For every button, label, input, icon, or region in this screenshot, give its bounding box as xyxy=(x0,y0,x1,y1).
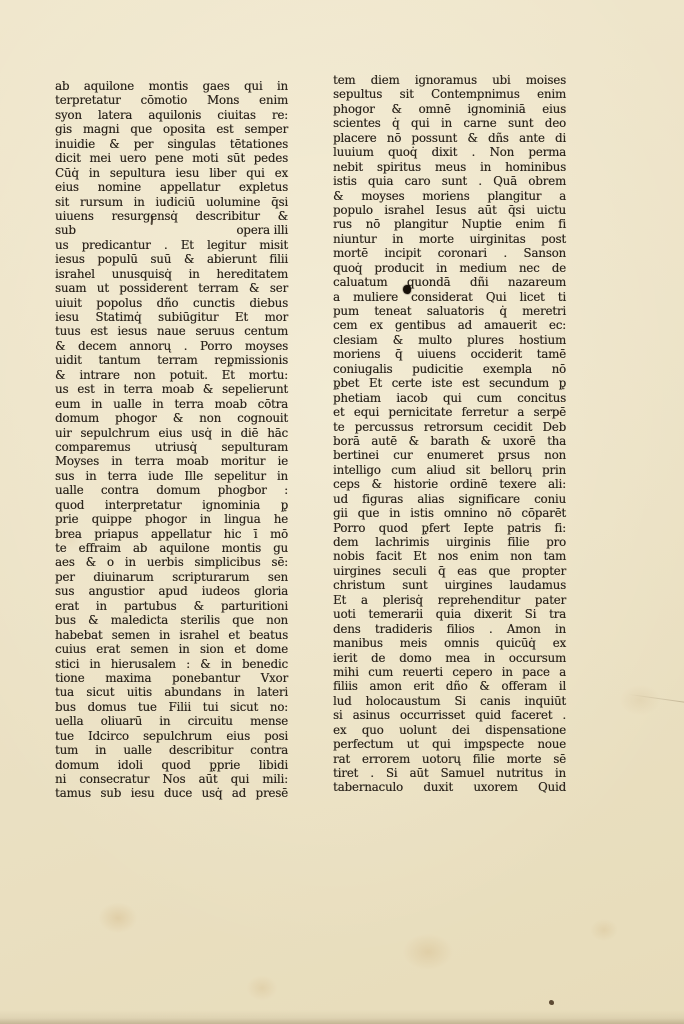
text-line: us predicantur . Et legitur misit xyxy=(55,238,288,252)
text-line: domum idoli quod p̨prie libidi xyxy=(55,758,288,772)
text-line: Et a plerisq̇ reprehenditur pater xyxy=(333,593,566,607)
text-line: ceps & historie ordinē texere ali: xyxy=(333,477,566,491)
text-line: prie quippe phogor in lingua he xyxy=(55,512,288,526)
text-line: uidit tantum terram rep̨missionis xyxy=(55,353,288,367)
text-line: et equi pernicitate ferretur a serpē xyxy=(333,405,566,419)
text-line: te percussus retrorsum cecidit Deb xyxy=(333,420,566,434)
text-line: tum in ualle describitur contra xyxy=(55,743,288,757)
text-line: uoti temerarii quia dixerit Si tra xyxy=(333,607,566,621)
text-line: tue Idcirco sepulchrum eius posi xyxy=(55,729,288,743)
text-line: tuus est iesus naue seruus centum xyxy=(55,324,288,338)
text-line: subopera illi xyxy=(55,223,288,237)
text-line: us est in terra moab & sepelierunt xyxy=(55,382,288,396)
text-line: comparemus utriusq̇ sepulturam xyxy=(55,440,288,454)
text-line: tem diem ignoramus ubi moises xyxy=(333,73,566,87)
text-line: stici in hierusalem : & in benedic xyxy=(55,657,288,671)
text-line: te effraim ab aquilone montis gu xyxy=(55,541,288,555)
text-line: christum sunt uirgines laudamus xyxy=(333,578,566,592)
text-line: istis quia caro sunt . Quā obrem xyxy=(333,174,566,188)
text-line: & intrare non potuit. Et mortu: xyxy=(55,368,288,382)
text-line: tua sicut uitis abundans in lateri xyxy=(55,685,288,699)
text-line: pum teneat saluatoris q̇ meretri xyxy=(333,304,566,318)
text-line: dens tradideris filios . Amon in xyxy=(333,622,566,636)
text-line: bus domus tue Filii tui sicut no: xyxy=(55,700,288,714)
text-line: cuius erat semen in sion et dome xyxy=(55,642,288,656)
text-line: lud holocaustum Si canis inquiūt xyxy=(333,694,566,708)
text-line: intelligo cum aliud sit bellorų prin xyxy=(333,463,566,477)
faded-text-gap xyxy=(76,223,237,237)
text-line: coniugalis pudicitie exempla nō xyxy=(333,362,566,376)
text-line: tamus sub iesu duce usq̇ ad presē xyxy=(55,786,288,800)
text-line: & moyses moriens plangitur a xyxy=(333,189,566,203)
text-line: perfectum ut qui imp̨specte noue xyxy=(333,737,566,751)
text-column-right: tem diem ignoramus ubi moisessepultus si… xyxy=(333,73,566,795)
paper-speck xyxy=(549,1000,554,1005)
text-line: sepultus sit Contempnimus enim xyxy=(333,87,566,101)
text-line: ab aquilone montis gaes qui in xyxy=(55,79,288,93)
text-line: p̨bet Et certe iste est secundum p̨ xyxy=(333,376,566,390)
text-line: clesiam & multo plures hostium xyxy=(333,333,566,347)
text-line: uiuens resurgensq̇ describitur & xyxy=(55,209,288,223)
text-line: ierit de domo mea in occursum xyxy=(333,651,566,665)
text-line: ni consecratur Nos aūt qui mili: xyxy=(55,772,288,786)
text-line: dicit mei uero pene moti sūt pedes xyxy=(55,151,288,165)
text-line: nebit spiritus meus in hominibus xyxy=(333,160,566,174)
text-line: Cūq̇ in sepultura iesu liber qui ex xyxy=(55,166,288,180)
book-page: ab aquilone montis gaes qui interpretatu… xyxy=(0,0,684,1024)
text-line: bertinei cur enumeret p̨rsus non xyxy=(333,448,566,462)
text-line: uiuit popolus dño cunctis diebus xyxy=(55,296,288,310)
text-line: cem ex gentibus ad amauerit ec: xyxy=(333,318,566,332)
text-line: brea priapus appellatur hic ī mō xyxy=(55,527,288,541)
text-line: mortē incipit coronari . Sanson xyxy=(333,246,566,260)
text-line: eius nomine appellatur expletus xyxy=(55,180,288,194)
text-line: borā autē & barath & uxorē tha xyxy=(333,434,566,448)
text-line: a muliere considerat Qui licet ti xyxy=(333,290,566,304)
text-line: aes & o in uerbis simplicibus sē: xyxy=(55,555,288,569)
text-line: ud figuras alias significare coniu xyxy=(333,492,566,506)
text-line: sus in terra iude Ille sepelitur in xyxy=(55,469,288,483)
text-line: Porro quod p̨fert Iepte patris fi: xyxy=(333,521,566,535)
text-line: gii que in istis omnino nō cōparēt xyxy=(333,506,566,520)
text-line: quoq̇ producit in medium nec de xyxy=(333,261,566,275)
text-line: terpretatur cōmotio Mons enim xyxy=(55,93,288,107)
text-line: habebat semen in israhel et beatus xyxy=(55,628,288,642)
text-line: niuntur in morte uirginitas post xyxy=(333,232,566,246)
text-line: phogor & omnē ignominiā eius xyxy=(333,102,566,116)
text-line: ualle contra domum phogbor : xyxy=(55,483,288,497)
text-line: tiret . Si aūt Samuel nutritus in xyxy=(333,766,566,780)
text-line: tione maxima ponebantur Vxor xyxy=(55,671,288,685)
text-line: rus nō plangitur Nuptie enim fi xyxy=(333,217,566,231)
text-line: manibus meis omnis quicūq̇ ex xyxy=(333,636,566,650)
text-column-left: ab aquilone montis gaes qui interpretatu… xyxy=(55,79,288,801)
text-line: sus angustior apud iudeos gloria xyxy=(55,584,288,598)
text-line: uella oliuarū in circuitu mense xyxy=(55,714,288,728)
text-line: syon latera aquilonis ciuitas re: xyxy=(55,108,288,122)
text-line: populo israhel Iesus aūt q̄si uictu xyxy=(333,203,566,217)
text-line: & decem annorų . Porro moyses xyxy=(55,339,288,353)
text-line: dem lachrimis uirginis filie pro xyxy=(333,535,566,549)
text-line: ex quo uolunt dei dispensatione xyxy=(333,723,566,737)
text-line: per diuinarum scripturarum sen xyxy=(55,570,288,584)
text-line: scientes q̇ qui in carne sunt deo xyxy=(333,116,566,130)
text-line: iesus populū suū & abierunt filii xyxy=(55,252,288,266)
text-line: gis magni que oposita est semper xyxy=(55,122,288,136)
text-line: uir sepulchrum eius usq̇ in diē hāc xyxy=(55,426,288,440)
text-line: bus & maledicta sterilis que non xyxy=(55,613,288,627)
ink-blot xyxy=(403,285,411,294)
text-line: rat errorem uotorų filie morte sē xyxy=(333,752,566,766)
text-line: caluatum quondā dñi nazareum xyxy=(333,275,566,289)
text-line: nobis facit Et nos enim non tam xyxy=(333,549,566,563)
text-line: Moyses in terra moab moritur ie xyxy=(55,454,288,468)
text-line: sit rursum in iudiciū uolumine q̄si xyxy=(55,195,288,209)
text-line: quod interpretatur ignominia p̨ xyxy=(55,498,288,512)
text-line: uirgines seculi q̄ eas que propter xyxy=(333,564,566,578)
text-line: inuidie & per singulas tētationes xyxy=(55,137,288,151)
text-line: iesu Statimq̇ subiūgitur Et mor xyxy=(55,310,288,324)
text-line: israhel unusquisq̇ in hereditatem xyxy=(55,267,288,281)
text-line: placere nō possunt & dñs ante di xyxy=(333,131,566,145)
text-line: suam ut possiderent terram & ser xyxy=(55,281,288,295)
text-line: tabernaculo duxit uxorem Quid xyxy=(333,780,566,794)
paper-crease xyxy=(628,694,684,703)
text-line: si asinus occurrisset quid faceret . xyxy=(333,708,566,722)
text-line: luuium quoq̇ dixit . Non perma xyxy=(333,145,566,159)
text-line: moriens q̄ uiuens occiderit tamē xyxy=(333,347,566,361)
text-line: mihi cum reuerti cepero in pace a xyxy=(333,665,566,679)
text-line: eum in ualle in terra moab cōtra xyxy=(55,397,288,411)
text-line: phetiam iacob qui cum concitus xyxy=(333,391,566,405)
text-line: erat in partubus & parturitioni xyxy=(55,599,288,613)
text-line: filiis amon erit dño & offeram il xyxy=(333,679,566,693)
text-line: domum phogor & non cognouit xyxy=(55,411,288,425)
